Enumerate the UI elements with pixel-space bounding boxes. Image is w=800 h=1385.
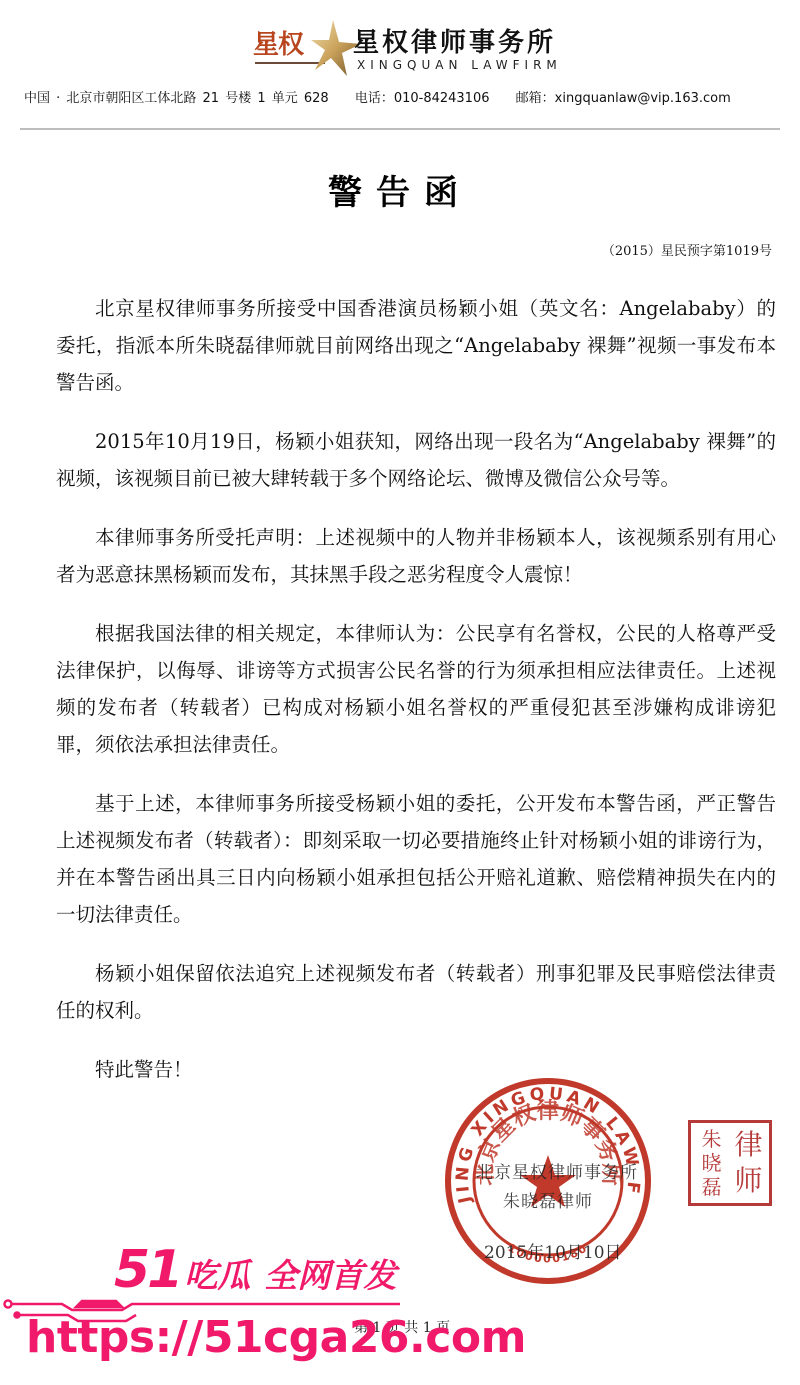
contact-line: 中国 · 北京市朝阳区工体北路 21 号楼 1 单元 628 电话：010-84… xyxy=(24,87,751,106)
phone: 电话：010-84243106 xyxy=(355,91,490,106)
letter-body: 北京星权律师事务所接受中国香港演员杨颖小姐（英文名：Angelababy）的委托… xyxy=(56,290,776,1110)
paragraph: 北京星权律师事务所接受中国香港演员杨颖小姐（英文名：Angelababy）的委托… xyxy=(56,290,776,401)
signature-lawyer: 朱晓磊律师 xyxy=(503,1187,593,1212)
email: 邮箱：xingquanlaw@vip.163.com xyxy=(516,91,731,106)
document-title: 警告函 xyxy=(0,165,800,214)
signature-firm: 北京星权律师事务所 xyxy=(476,1158,638,1183)
watermark-url[interactable]: https://51cga26.com xyxy=(26,1312,526,1363)
watermark-brand: 51吃瓜全网首发 xyxy=(114,1240,396,1300)
watermark-name: 吃瓜 xyxy=(184,1256,250,1295)
reference-number: （2015）星民预字第1019号 xyxy=(602,240,772,259)
firm-logo: 星权 xyxy=(253,22,363,76)
closing-line: 特此警告！ xyxy=(56,1051,776,1088)
lawyer-seal-name: 朱 晓 磊 xyxy=(693,1125,730,1201)
logo-text: 星权 xyxy=(253,24,303,61)
paragraph: 杨颖小姐保留依法追究上述视频发布者（转载者）刑事犯罪及民事赔偿法律责任的权利。 xyxy=(56,955,776,1029)
lawyer-seal: 朱 晓 磊 律 师 xyxy=(688,1120,772,1206)
lawyer-seal-title: 律 师 xyxy=(730,1125,767,1201)
paragraph: 2015年10月19日，杨颖小姐获知，网络出现一段名为“Angelababy 裸… xyxy=(56,423,776,497)
watermark-number: 51 xyxy=(114,1240,180,1300)
address: 中国 · 北京市朝阳区工体北路 21 号楼 1 单元 628 xyxy=(24,91,329,106)
paragraph: 本律师事务所受托声明：上述视频中的人物并非杨颖本人，该视频系别有用心者为恶意抹黑… xyxy=(56,519,776,593)
header-divider xyxy=(20,128,780,130)
firm-name-en: XINGQUAN LAWFIRM xyxy=(357,58,562,72)
watermark-tagline: 全网首发 xyxy=(264,1256,396,1295)
signature-date: 2015年10月10日 xyxy=(484,1238,622,1263)
paragraph: 根据我国法律的相关规定，本律师认为：公民享有名誉权，公民的人格尊严受法律保护，以… xyxy=(56,615,776,763)
firm-name-cn: 星权律师事务所 xyxy=(353,22,556,59)
paragraph: 基于上述，本律师事务所接受杨颖小姐的委托，公开发布本警告函，严正警告上述视频发布… xyxy=(56,785,776,933)
